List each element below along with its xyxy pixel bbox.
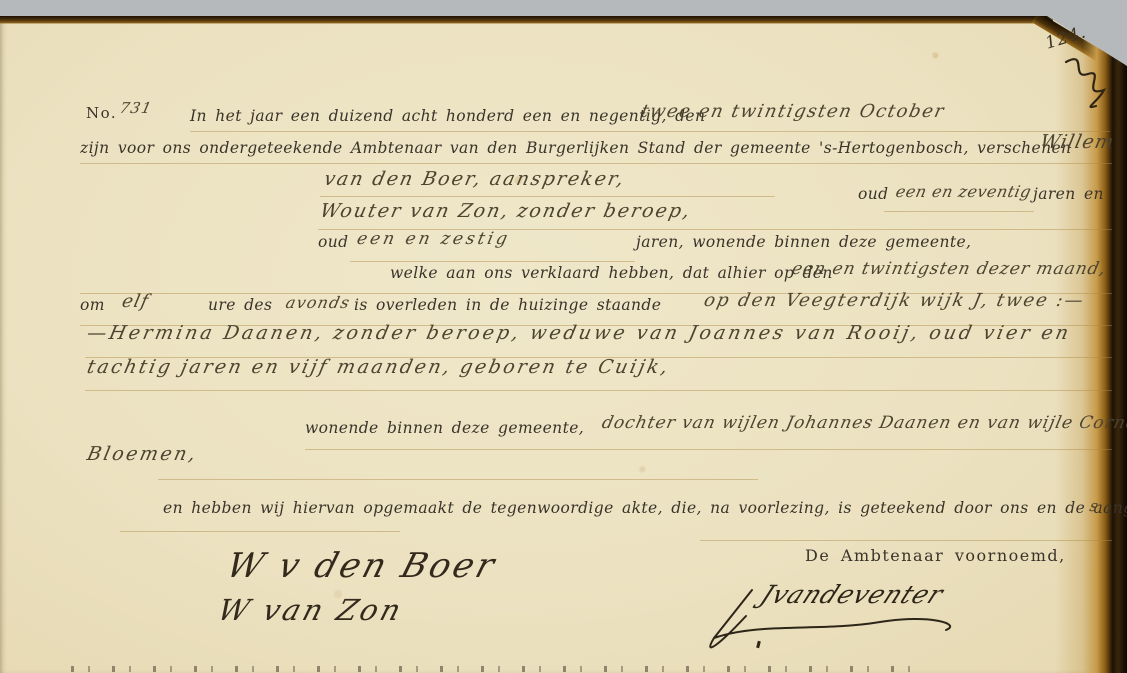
printed-wonende: jaren, wonende binnen deze gemeente, — [636, 233, 971, 251]
paraph-mark — [1052, 52, 1122, 122]
handwritten-deceased-age-birthplace: tachtig jaren en vijf maanden, geboren t… — [85, 356, 672, 378]
handwritten-deceased-name: —Hermina Daanen, zonder beroep, weduwe v… — [85, 322, 1073, 344]
handwritten-declarant2-name: Wouter van Zon, zonder beroep, — [318, 200, 693, 222]
printed-overleden: is overleden in de huizinge staande — [354, 296, 661, 314]
printed-closing: en hebben wij hiervan opgemaakt de tegen… — [163, 499, 1127, 517]
printed-jaren-en: jaren en — [1033, 185, 1104, 203]
handwritten-mother-surname: Bloemen, — [85, 443, 200, 465]
handwritten-daypart: avonds — [284, 293, 352, 312]
ruled-line — [120, 531, 400, 532]
ruled-line — [700, 540, 1112, 541]
next-act-cropped-line — [62, 666, 912, 672]
act-number: 731 — [118, 99, 154, 117]
printed-ure-des: ure des — [208, 296, 272, 314]
printed-line-year: In het jaar een duizend acht honderd een… — [190, 107, 705, 125]
ruled-line — [80, 163, 1112, 164]
handwritten-declarant1-firstname: Willem — [1038, 131, 1117, 153]
handwritten-declarant2-age: een en zestig — [355, 229, 512, 249]
ruled-line — [190, 131, 1110, 132]
signature-declarant1: W v den Boer — [222, 546, 502, 586]
ruled-line — [305, 449, 1112, 450]
signature-declarant2: W van Zon — [214, 593, 408, 627]
printed-om: om — [80, 296, 105, 314]
printed-line-registrar: zijn voor ons ondergeteekende Ambtenaar … — [80, 139, 1071, 157]
page-top-edge — [0, 16, 1053, 24]
handwritten-date: twee en twintigsten October — [639, 101, 947, 122]
handwritten-hour: elf — [120, 291, 151, 312]
act-number-label: No. — [86, 104, 117, 122]
handwritten-declarant1-name: van den Boer, aanspreker, — [322, 168, 627, 190]
handwritten-parents: dochter van wijlen Johannes Daanen en va… — [600, 413, 1127, 433]
ruled-line — [884, 211, 1034, 212]
official-title-label: De Ambtenaar voornoemd, — [805, 546, 1066, 565]
handwritten-address: op den Veegterdijk wijk J, twee :— — [702, 290, 1087, 311]
scanned-death-certificate: 124. No. 731 In het jaar een duizend ach… — [0, 0, 1127, 673]
printed-wonende-2: wonende binnen deze gemeente, — [305, 419, 584, 437]
printed-verklaard: welke aan ons verklaard hebben, dat alhi… — [390, 264, 833, 282]
handwritten-death-date: een en twintigsten dezer maand, — [790, 259, 1108, 279]
signature-official-flourish — [700, 576, 1020, 656]
printed-oud-1: oud — [858, 185, 888, 203]
printed-oud-2: oud — [318, 233, 348, 251]
ruled-line — [320, 196, 775, 197]
ruled-line — [85, 390, 1112, 391]
ruled-line — [350, 261, 635, 262]
ruled-line — [158, 479, 758, 480]
handwritten-declarant1-age: een en zeventig — [894, 182, 1033, 201]
